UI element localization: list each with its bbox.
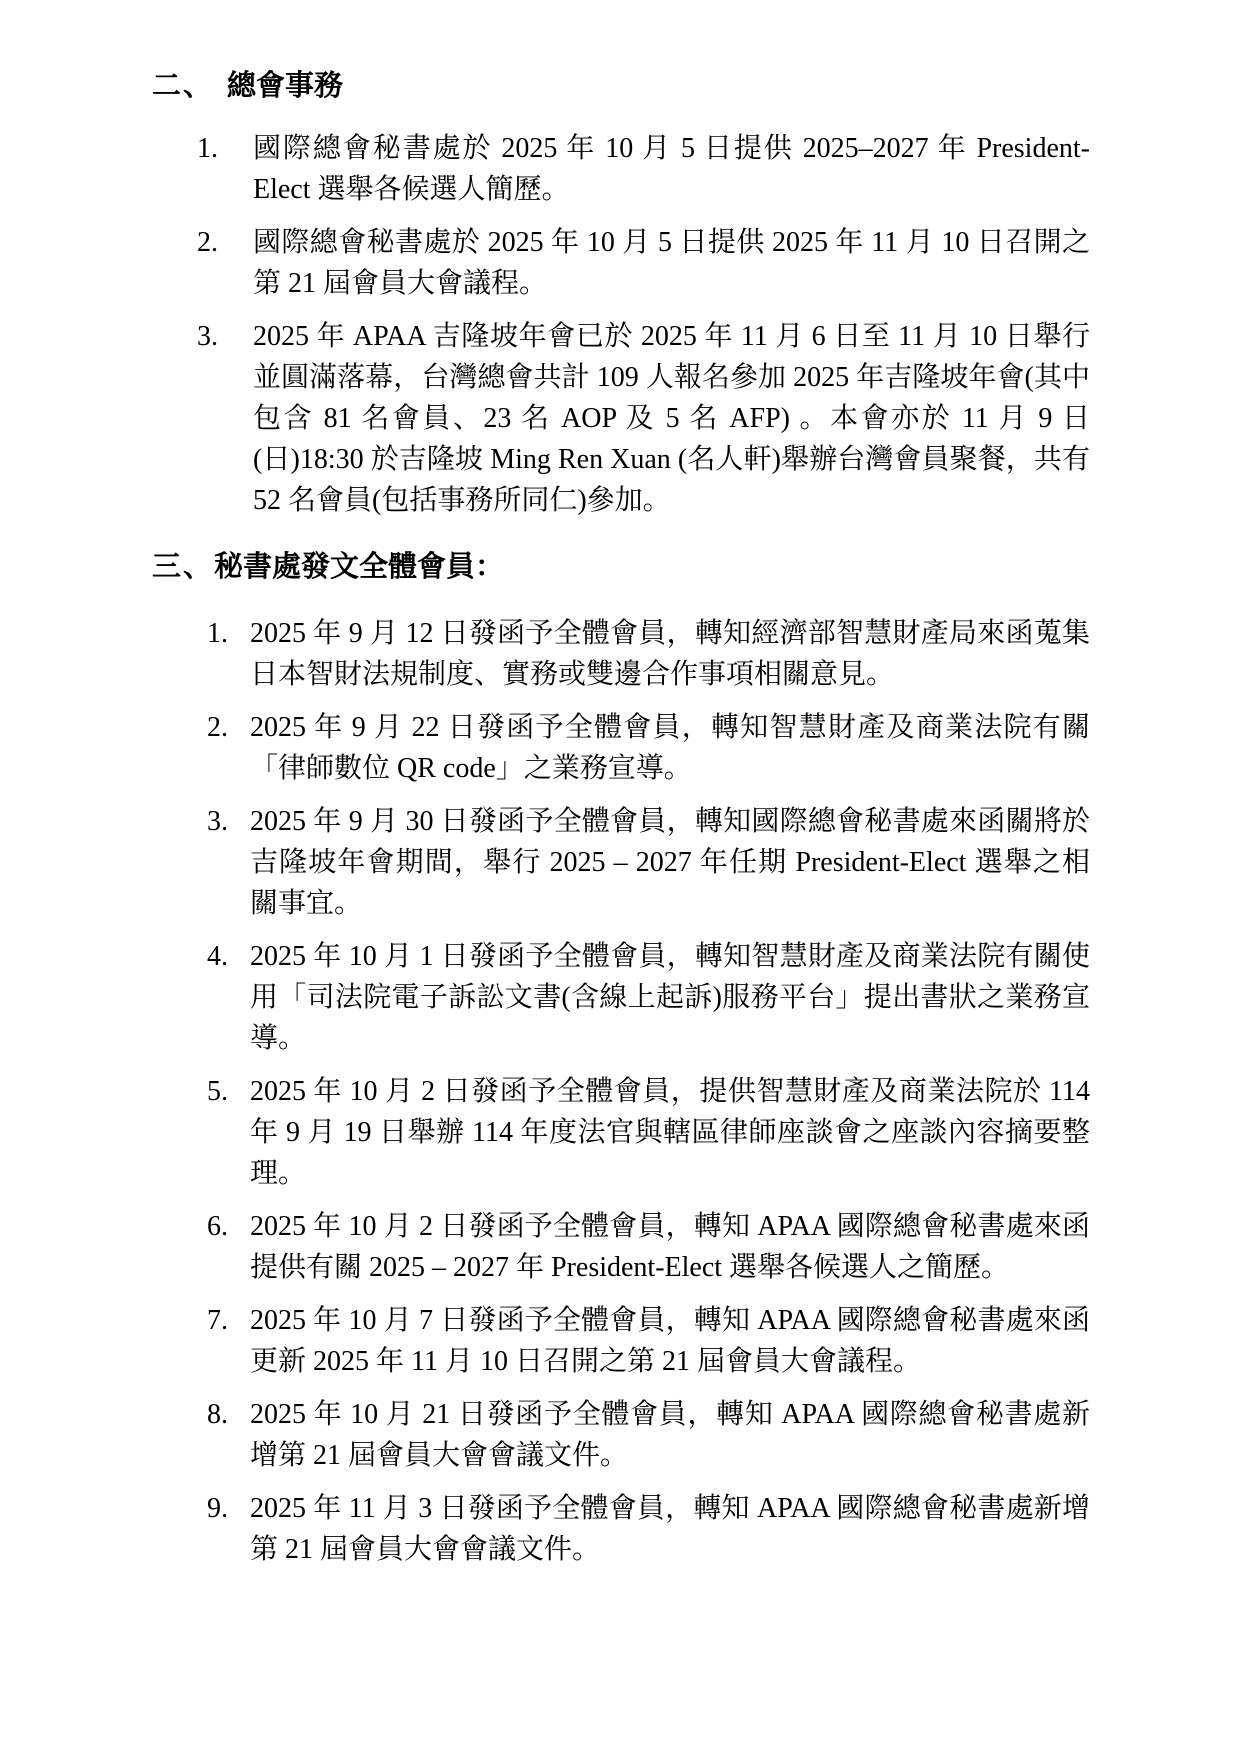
list-item: 2.國際總會秘書處於 2025 年 10 月 5 日提供 2025 年 11 月… — [152, 222, 1090, 304]
document-content: 二、總會事務 1.國際總會秘書處於 2025 年 10 月 5 日提供 2025… — [152, 70, 1090, 1570]
document-page: 二、總會事務 1.國際總會秘書處於 2025 年 10 月 5 日提供 2025… — [0, 0, 1241, 1754]
list-item: 1.2025 年 9 月 12 日發函予全體會員，轉知經濟部智慧財產局來函蒐集日… — [152, 613, 1090, 695]
list-item: 7.2025 年 10 月 7 日發函予全體會員，轉知 APAA 國際總會秘書處… — [152, 1300, 1090, 1382]
item-number: 7. — [207, 1300, 228, 1341]
item-text: 國際總會秘書處於 2025 年 10 月 5 日提供 2025–2027 年 P… — [253, 133, 1090, 205]
list-item: 4.2025 年 10 月 1 日發函予全體會員，轉知智慧財產及商業法院有關使用… — [152, 936, 1090, 1059]
item-number: 3. — [197, 316, 218, 357]
section-item-list: 1.國際總會秘書處於 2025 年 10 月 5 日提供 2025–2027 年… — [152, 128, 1090, 521]
list-item: 2.2025 年 9 月 22 日發函予全體會員，轉知智慧財產及商業法院有關「律… — [152, 707, 1090, 789]
section-general-assembly-affairs: 二、總會事務 1.國際總會秘書處於 2025 年 10 月 5 日提供 2025… — [152, 70, 1090, 521]
item-number: 2. — [207, 707, 228, 748]
list-item: 5.2025 年 10 月 2 日發函予全體會員，提供智慧財產及商業法院於 11… — [152, 1071, 1090, 1194]
list-item: 9.2025 年 11 月 3 日發函予全體會員，轉知 APAA 國際總會秘書處… — [152, 1488, 1090, 1570]
item-number: 1. — [207, 613, 228, 654]
section-number: 二、 — [152, 70, 214, 102]
list-item: 3.2025 年 APAA 吉隆坡年會已於 2025 年 11 月 6 日至 1… — [152, 316, 1090, 521]
item-number: 8. — [207, 1394, 228, 1435]
section-number: 三、 — [152, 551, 214, 583]
item-number: 4. — [207, 936, 228, 977]
item-text: 2025 年 10 月 7 日發函予全體會員，轉知 APAA 國際總會秘書處來函… — [250, 1305, 1090, 1377]
list-item: 1.國際總會秘書處於 2025 年 10 月 5 日提供 2025–2027 年… — [152, 128, 1090, 210]
item-number: 3. — [207, 801, 228, 842]
item-number: 6. — [207, 1206, 228, 1247]
item-text: 2025 年 10 月 1 日發函予全體會員，轉知智慧財產及商業法院有關使用「司… — [250, 941, 1090, 1054]
item-text: 2025 年 10 月 2 日發函予全體會員，轉知 APAA 國際總會秘書處來函… — [250, 1211, 1090, 1283]
section-heading: 二、總會事務 — [152, 70, 1090, 102]
section-item-list: 1.2025 年 9 月 12 日發函予全體會員，轉知經濟部智慧財產局來函蒐集日… — [152, 613, 1090, 1570]
list-item: 3.2025 年 9 月 30 日發函予全體會員，轉知國際總會秘書處來函關將於吉… — [152, 801, 1090, 924]
item-text: 2025 年 10 月 21 日發函予全體會員，轉知 APAA 國際總會秘書處新… — [250, 1399, 1090, 1471]
item-number: 2. — [197, 222, 218, 263]
item-text: 2025 年 9 月 30 日發函予全體會員，轉知國際總會秘書處來函關將於吉隆坡… — [250, 806, 1090, 919]
section-heading: 三、秘書處發文全體會員： — [152, 551, 1090, 583]
item-number: 9. — [207, 1488, 228, 1529]
item-text: 2025 年 11 月 3 日發函予全體會員，轉知 APAA 國際總會秘書處新增… — [250, 1493, 1090, 1565]
section-title: 秘書處發文全體會員： — [214, 551, 504, 583]
item-text: 2025 年 9 月 22 日發函予全體會員，轉知智慧財產及商業法院有關「律師數… — [250, 712, 1090, 784]
section-secretariat-correspondence: 三、秘書處發文全體會員： 1.2025 年 9 月 12 日發函予全體會員，轉知… — [152, 551, 1090, 1570]
list-item: 6.2025 年 10 月 2 日發函予全體會員，轉知 APAA 國際總會秘書處… — [152, 1206, 1090, 1288]
item-number: 5. — [207, 1071, 228, 1112]
item-text: 2025 年 10 月 2 日發函予全體會員，提供智慧財產及商業法院於 114 … — [250, 1076, 1090, 1189]
item-text: 2025 年 9 月 12 日發函予全體會員，轉知經濟部智慧財產局來函蒐集日本智… — [250, 618, 1090, 690]
item-text: 國際總會秘書處於 2025 年 10 月 5 日提供 2025 年 11 月 1… — [253, 227, 1090, 299]
item-number: 1. — [197, 128, 218, 169]
item-text: 2025 年 APAA 吉隆坡年會已於 2025 年 11 月 6 日至 11 … — [253, 321, 1090, 516]
section-title: 總會事務 — [227, 70, 343, 102]
list-item: 8.2025 年 10 月 21 日發函予全體會員，轉知 APAA 國際總會秘書… — [152, 1394, 1090, 1476]
